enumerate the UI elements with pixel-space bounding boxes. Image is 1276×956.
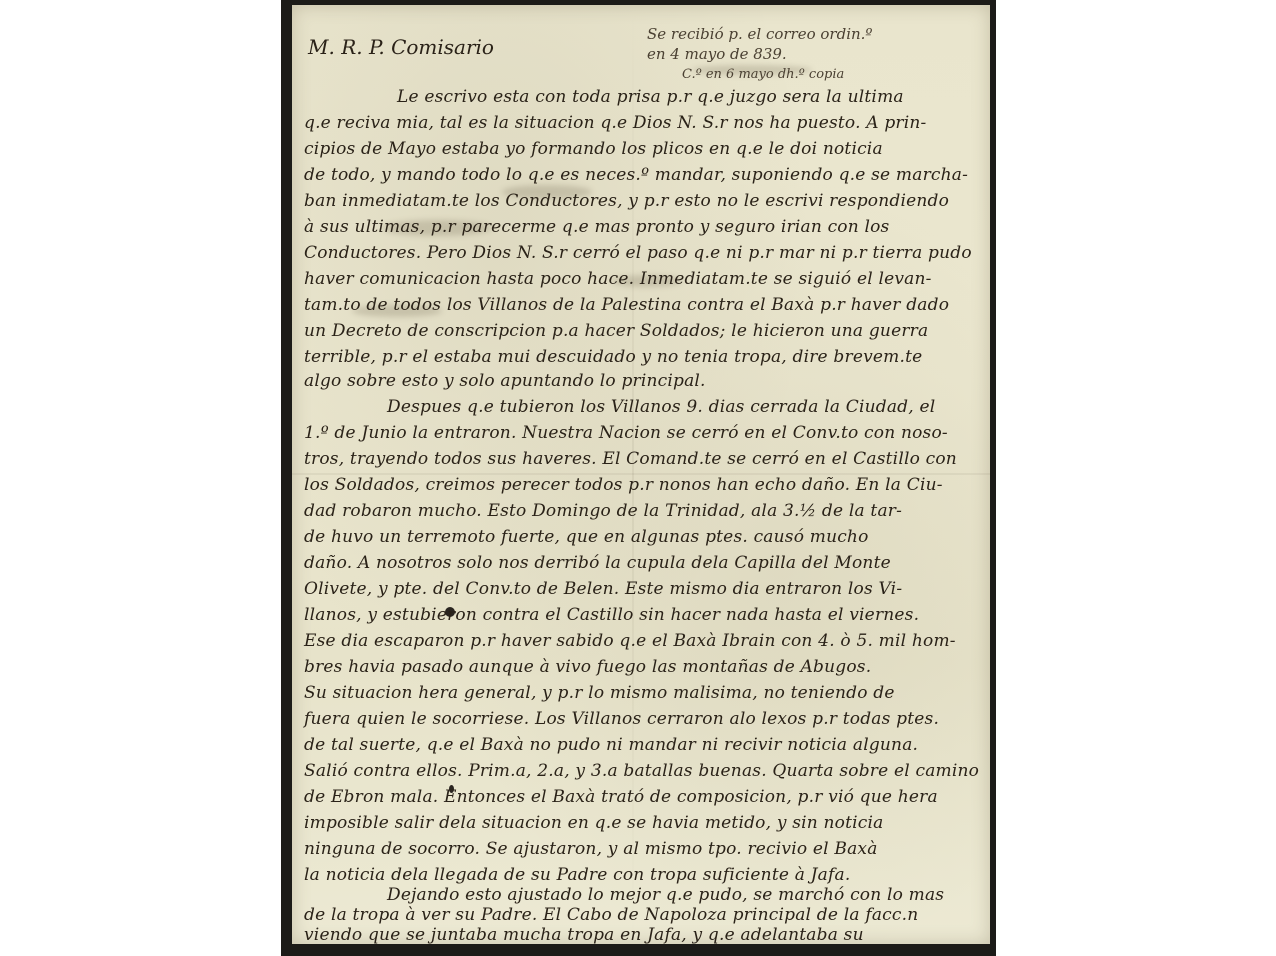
letter-line: la noticia dela llegada de su Padre con … (304, 865, 850, 885)
letter-line: 1.º de Junio la entraron. Nuestra Nacion… (304, 423, 948, 443)
letter-line: de la tropa à ver su Padre. El Cabo de N… (304, 905, 918, 925)
letter-line: Su situacion hera general, y p.r lo mism… (304, 683, 895, 703)
receipt-annotation-line-1: Se recibió p. el correo ordin.º (647, 25, 872, 43)
letter-line: viendo que se juntaba mucha tropa en Jaf… (304, 925, 864, 944)
letter-line: terrible, p.r el estaba mui descuidado y… (304, 347, 922, 367)
letter-line: de huvo un terremoto fuerte, que en algu… (304, 527, 869, 547)
letter-line: de tal suerte, q.e el Baxà no pudo ni ma… (304, 735, 918, 755)
receipt-annotation-line-3: C.º en 6 mayo dh.º copia (682, 67, 844, 82)
letter-line: Le escrivo esta con toda prisa p.r q.e j… (397, 87, 904, 107)
letter-line: ninguna de socorro. Se ajustaron, y al m… (304, 839, 878, 859)
letter-line: Dejando esto ajustado lo mejor q.e pudo,… (387, 885, 944, 905)
letter-line: tam.to de todos los Villanos de la Pales… (304, 295, 949, 315)
letter-line: fuera quien le socorriese. Los Villanos … (304, 709, 939, 729)
letter-line: ban inmediatam.te los Conductores, y p.r… (304, 191, 949, 211)
letter-line: de todo, y mando todo lo q.e es neces.º … (304, 165, 968, 185)
letter-line: à sus ultimas, p.r parecerme q.e mas pro… (304, 217, 889, 237)
photo-stage: M. R. P. Comisario Se recibió p. el corr… (0, 0, 1276, 956)
letter-line: Ese dia escaparon p.r haver sabido q.e e… (304, 631, 956, 651)
letter-line: imposible salir dela situacion en q.e se… (304, 813, 883, 833)
letter-line: bres havia pasado aunque à vivo fuego la… (304, 657, 871, 677)
receipt-annotation-line-2: en 4 mayo de 839. (647, 45, 787, 63)
letter-line: q.e reciva mia, tal es la situacion q.e … (304, 113, 927, 133)
letter-line: llanos, y estubieron contra el Castillo … (304, 605, 919, 625)
salutation: M. R. P. Comisario (308, 35, 494, 59)
letter-line: daño. A nosotros solo nos derribó la cup… (304, 553, 891, 573)
letter-line: haver comunicacion hasta poco hace. Inme… (304, 269, 932, 289)
letter-line: un Decreto de conscripcion p.a hacer Sol… (304, 321, 928, 341)
letter-line: tros, trayendo todos sus haveres. El Com… (304, 449, 957, 469)
letter-line: algo sobre esto y solo apuntando lo prin… (304, 371, 706, 391)
letter-line: Olivete, y pte. del Conv.to de Belen. Es… (304, 579, 902, 599)
letter-line: dad robaron mucho. Esto Domingo de la Tr… (304, 501, 902, 521)
letter-line: cipios de Mayo estaba yo formando los pl… (304, 139, 883, 159)
letter-page: M. R. P. Comisario Se recibió p. el corr… (292, 5, 990, 944)
letter-line: los Soldados, creimos perecer todos p.r … (304, 475, 943, 495)
letter-line: Salió contra ellos. Prim.a, 2.a, y 3.a b… (304, 761, 979, 781)
letter-line: Despues q.e tubieron los Villanos 9. dia… (387, 397, 935, 417)
letter-line: Conductores. Pero Dios N. S.r cerró el p… (304, 243, 972, 263)
letter-line: de Ebron mala. Entonces el Baxà trató de… (304, 787, 938, 807)
